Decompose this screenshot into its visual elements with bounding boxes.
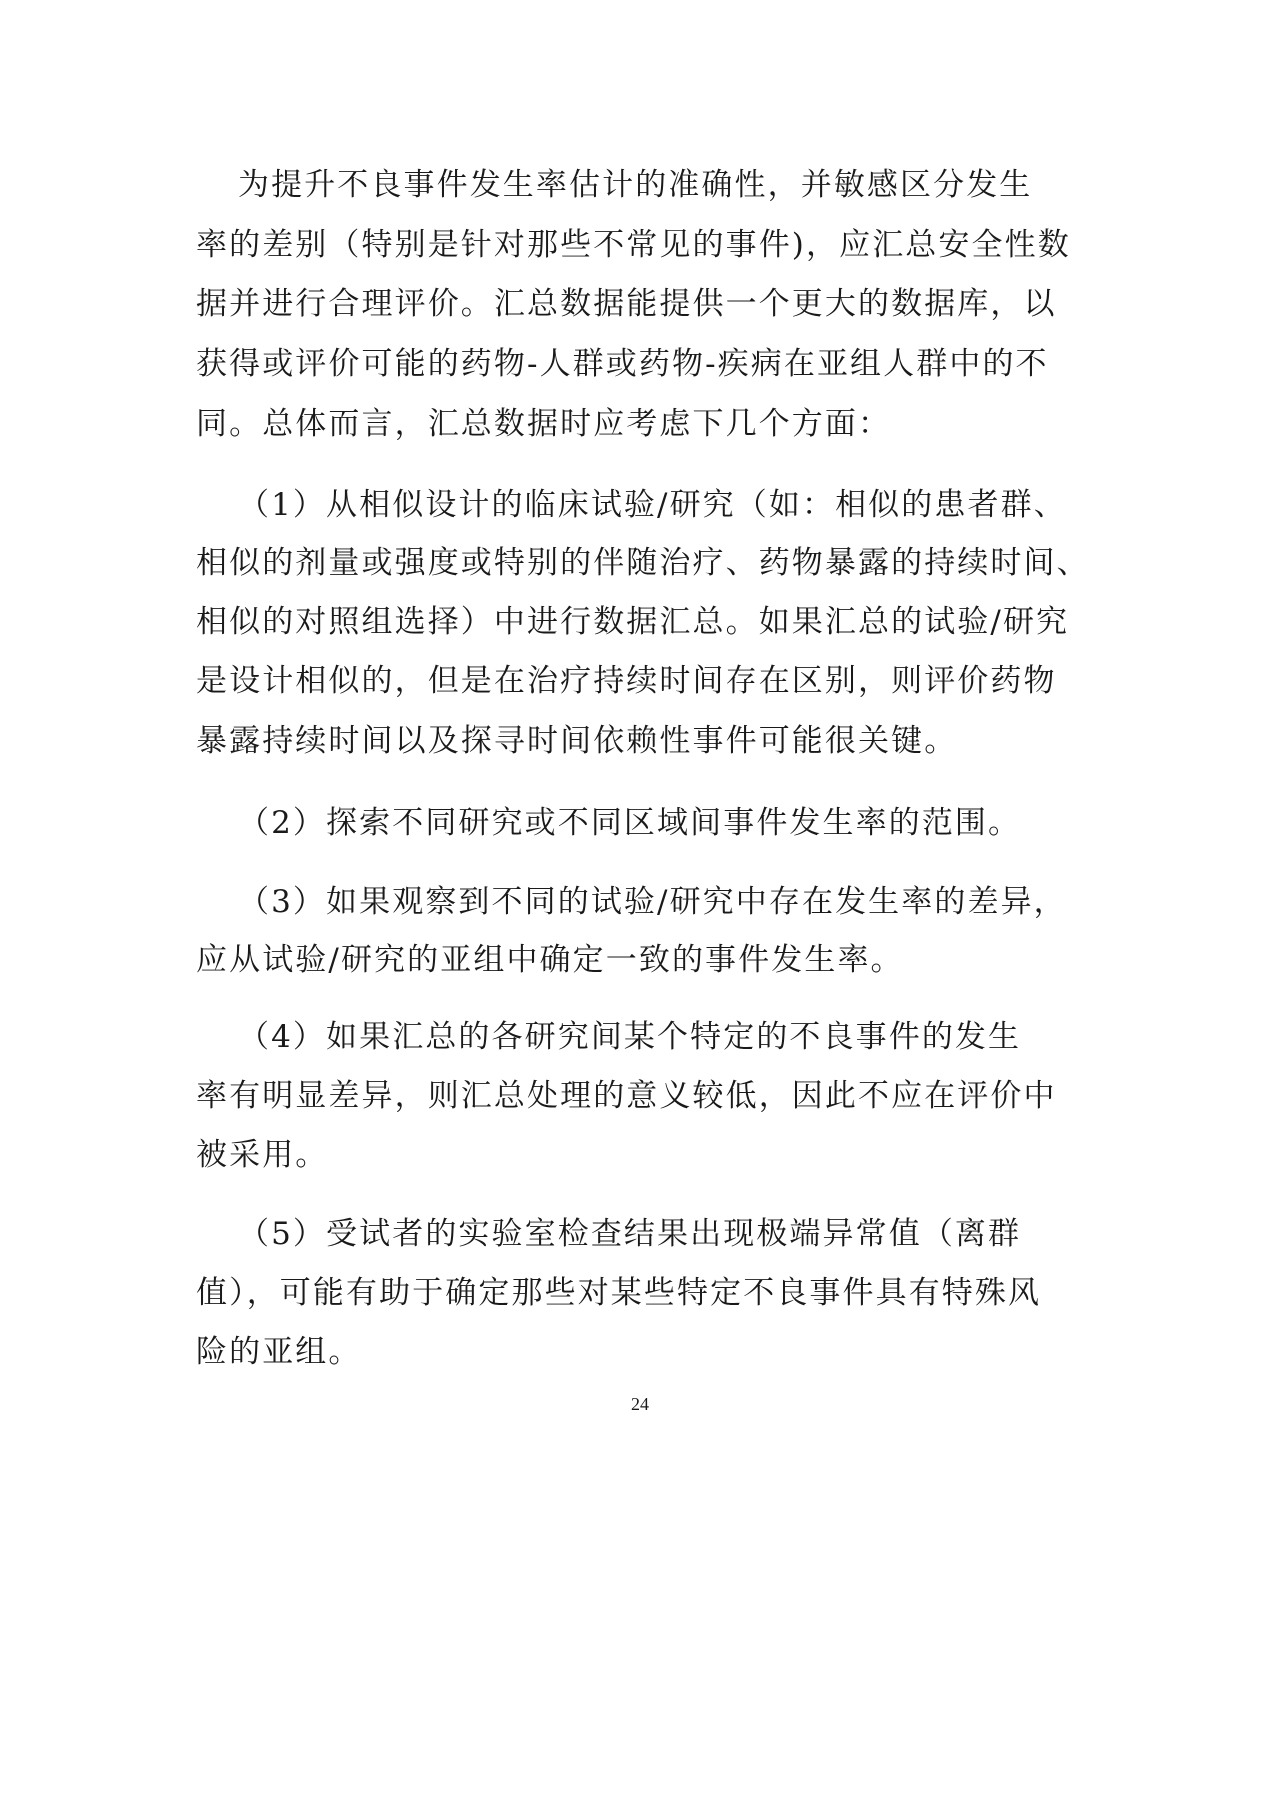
page-number: 24 <box>0 1394 1280 1415</box>
text-line: 值），可能有助于确定那些对某些特定不良事件具有特殊风 <box>196 1273 1041 1313</box>
text-line: （2）探索不同研究或不同区域间事件发生率的范围。 <box>238 803 1021 843</box>
text-line: （5）受试者的实验室检查结果出现极端异常值（离群 <box>238 1214 1021 1254</box>
text-line: 率有明显差异，则汇总处理的意义较低，因此不应在评价中 <box>196 1076 1057 1116</box>
text-line: 被采用。 <box>196 1135 328 1175</box>
text-line: 相似的剂量或强度或特别的伴随治疗、药物暴露的持续时间、 <box>196 543 1090 583</box>
text-line: 同。总体而言，汇总数据时应考虑下几个方面： <box>196 404 891 444</box>
text-line: （4）如果汇总的各研究间某个特定的不良事件的发生 <box>238 1017 1021 1057</box>
text-line: 率的差别（特别是针对那些不常见的事件)，应汇总安全性数 <box>196 225 1071 265</box>
text-line: 是设计相似的，但是在治疗持续时间存在区别，则评价药物 <box>196 661 1057 701</box>
text-line: 相似的对照组选择）中进行数据汇总。如果汇总的试验/研究 <box>196 602 1069 642</box>
text-line: 据并进行合理评价。汇总数据能提供一个更大的数据库，以 <box>196 284 1057 324</box>
text-line: 获得或评价可能的药物-人群或药物-疾病在亚组人群中的不 <box>196 344 1049 384</box>
text-line: （1）从相似设计的临床试验/研究（如：相似的患者群、 <box>238 485 1067 525</box>
text-line: （3）如果观察到不同的试验/研究中存在发生率的差异， <box>238 882 1067 922</box>
text-line: 为提升不良事件发生率估计的准确性，并敏感区分发生 <box>238 165 1032 205</box>
text-line: 险的亚组。 <box>196 1332 362 1372</box>
document-page: 为提升不良事件发生率估计的准确性，并敏感区分发生 率的差别（特别是针对那些不常见… <box>0 0 1280 1810</box>
text-line: 暴露持续时间以及探寻时间依赖性事件可能很关键。 <box>196 721 957 761</box>
text-line: 应从试验/研究的亚组中确定一致的事件发生率。 <box>196 940 904 980</box>
